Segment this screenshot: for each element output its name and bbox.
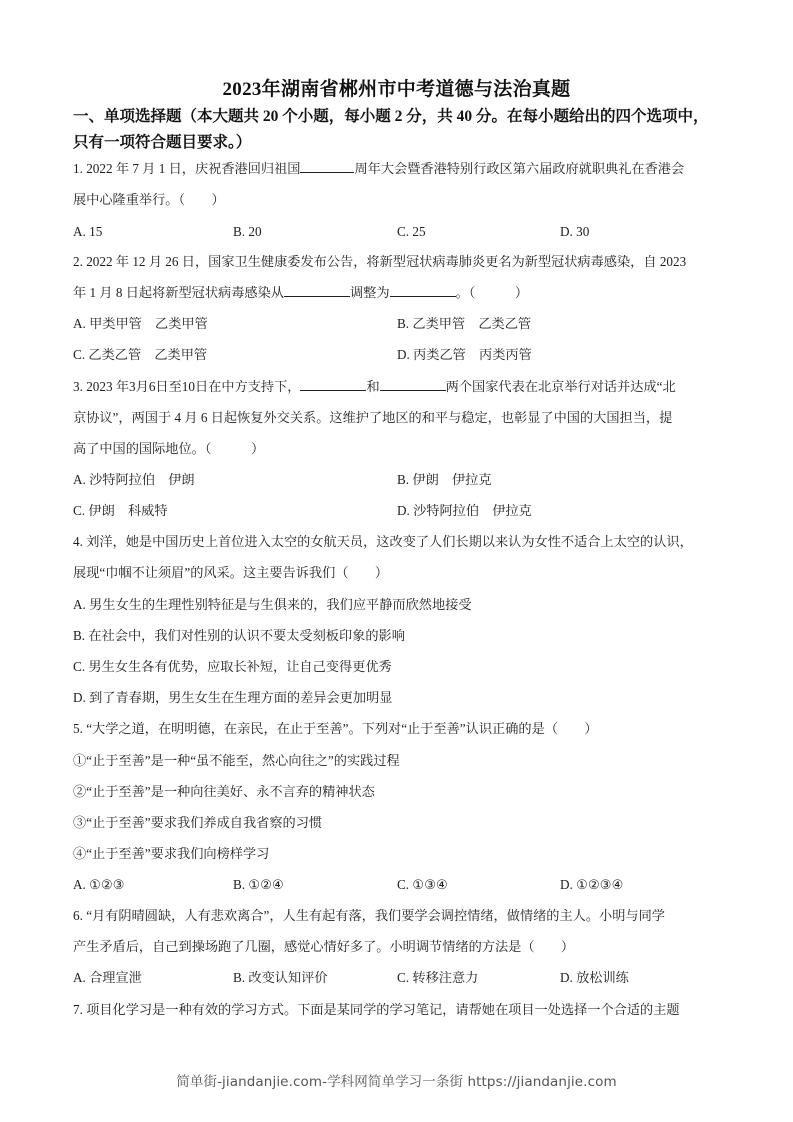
- question-1-option-c[interactable]: C. 25: [397, 223, 426, 241]
- question-4-stem-line-2: 展现“巾帼不让须眉”的风采。这主要告诉我们（ ）: [73, 564, 733, 582]
- question-6-stem-line-2: 产生矛盾后，自己到操场跑了几圈，感觉心情好多了。小明调节情绪的方法是（ ）: [73, 938, 733, 956]
- question-5-option-a[interactable]: A. ①②③: [73, 876, 125, 894]
- question-6-option-a[interactable]: A. 合理宣泄: [73, 969, 142, 987]
- section-heading: 一、单项选择题（本大题共 20 个小题，每小题 2 分，共 40 分。在每小题给…: [73, 104, 733, 156]
- question-1-stem-line-1: 1. 2022 年 7 月 1 日，庆祝香港回归祖国周年大会暨香港特别行政区第六…: [73, 160, 733, 178]
- question-4-option-b[interactable]: B. 在社会中，我们对性别的认识不要太受刻板印象的影响: [73, 627, 405, 645]
- fill-blank: [380, 378, 446, 391]
- fill-blank: [390, 284, 456, 297]
- question-2-stem-line-1: 2. 2022 年 12 月 26 日，国家卫生健康委发布公告，将新型冠状病毒肺…: [73, 253, 733, 271]
- question-5-statement-1: ①“止于至善”是一种“虽不能至，然心向往之”的实践过程: [73, 752, 733, 770]
- fill-blank: [300, 378, 366, 391]
- question-6-option-b[interactable]: B. 改变认知评价: [233, 969, 328, 987]
- question-1-option-a[interactable]: A. 15: [73, 223, 102, 241]
- fill-blank: [300, 160, 354, 173]
- question-5-statement-3: ③“止于至善”要求我们养成自我省察的习惯: [73, 814, 733, 832]
- fill-blank: [284, 284, 350, 297]
- question-2-option-d[interactable]: D. 丙类乙管 丙类丙管: [397, 346, 532, 364]
- question-5-statement-2: ②“止于至善”是一种向往美好、永不言弃的精神状态: [73, 783, 733, 801]
- question-3-option-b[interactable]: B. 伊朗 伊拉克: [397, 471, 492, 489]
- question-5-statement-4: ④“止于至善”要求我们向榜样学习: [73, 845, 733, 863]
- question-1-option-b[interactable]: B. 20: [233, 223, 262, 241]
- question-1-stem-line-2: 展中心隆重举行。（ ）: [73, 191, 733, 209]
- watermark-footer: 简单街-jiandanjie.com-学科网简单学习一条街 https://ji…: [0, 1070, 793, 1090]
- question-6-option-c[interactable]: C. 转移注意力: [397, 969, 478, 987]
- question-5-stem: 5. “大学之道，在明明德，在亲民，在止于至善”。下列对“止于至善”认识正确的是…: [73, 720, 733, 738]
- question-6-option-d[interactable]: D. 放松训练: [560, 969, 629, 987]
- page-title: 2023年湖南省郴州市中考道德与法治真题: [0, 74, 793, 101]
- question-7-stem-line-1: 7. 项目化学习是一种有效的学习方式。下面是某同学的学习笔记，请帮她在项目一处选…: [73, 1001, 733, 1019]
- question-3-stem-line-1: 3. 2023 年3月6日至10日在中方支持下，和两个国家代表在北京举行对话并达…: [73, 378, 733, 396]
- question-4-option-a[interactable]: A. 男生女生的生理性别特征是与生俱来的，我们应平静而欣然地接受: [73, 596, 472, 614]
- question-2-option-b[interactable]: B. 乙类甲管 乙类乙管: [397, 315, 531, 333]
- question-4-option-c[interactable]: C. 男生女生各有优势，应取长补短，让自己变得更优秀: [73, 658, 392, 676]
- question-4-stem-line-1: 4. 刘洋，她是中国历史上首位进入太空的女航天员，这改变了人们长期以来认为女性不…: [73, 533, 733, 551]
- question-3-option-a[interactable]: A. 沙特阿拉伯 伊朗: [73, 471, 195, 489]
- question-2-option-a[interactable]: A. 甲类甲管 乙类甲管: [73, 315, 208, 333]
- question-1-option-d[interactable]: D. 30: [560, 223, 589, 241]
- exam-page: 2023年湖南省郴州市中考道德与法治真题 一、单项选择题（本大题共 20 个小题…: [0, 0, 793, 1122]
- question-4-option-d[interactable]: D. 到了青春期，男生女生在生理方面的差异会更加明显: [73, 689, 392, 707]
- section-heading-line-1: 一、单项选择题（本大题共 20 个小题，每小题 2 分，共 40 分。在每小题给…: [73, 104, 733, 130]
- section-heading-line-2: 只有一项符合题目要求。）: [73, 130, 733, 156]
- question-2-option-c[interactable]: C. 乙类乙管 乙类甲管: [73, 346, 207, 364]
- question-3-stem-line-2: 京协议”，两国于 4 月 6 日起恢复外交关系。这维护了地区的和平与稳定，也彰显…: [73, 409, 733, 427]
- question-3-option-d[interactable]: D. 沙特阿拉伯 伊拉克: [397, 502, 532, 520]
- question-3-stem-line-3: 高了中国的国际地位。（ ）: [73, 440, 733, 458]
- question-3-option-c[interactable]: C. 伊朗 科威特: [73, 502, 168, 520]
- question-5-option-b[interactable]: B. ①②④: [233, 876, 284, 894]
- question-5-option-c[interactable]: C. ①③④: [397, 876, 448, 894]
- question-6-stem-line-1: 6. “月有阴晴圆缺，人有悲欢离合”，人生有起有落，我们要学会调控情绪，做情绪的…: [73, 907, 733, 925]
- question-5-option-d[interactable]: D. ①②③④: [560, 876, 623, 894]
- question-2-stem-line-2: 年 1 月 8 日起将新型冠状病毒感染从调整为。（ ）: [73, 284, 733, 302]
